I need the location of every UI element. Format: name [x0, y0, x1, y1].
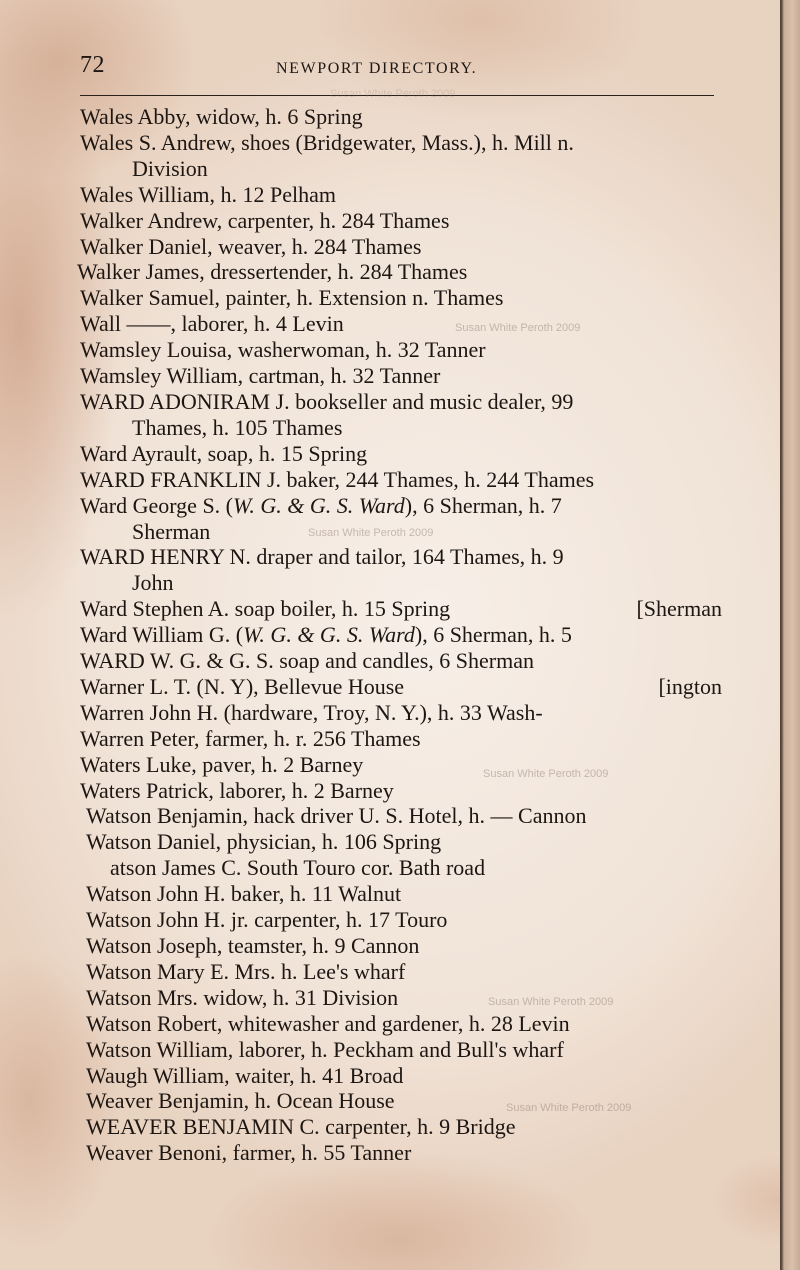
- entry-continuation: Division: [80, 156, 725, 182]
- directory-entry: WARD HENRY N. draper and tailor, 164 Tha…: [80, 544, 725, 596]
- directory-entry: WARD W. G. & G. S. soap and candles, 6 S…: [80, 648, 725, 674]
- entry-continuation: Sherman: [80, 519, 725, 545]
- firm-name: W. G. & G. S. Ward: [243, 622, 415, 647]
- running-title: NEWPORT DIRECTORY.: [276, 60, 477, 78]
- directory-entry: Watson Joseph, teamster, h. 9 Cannon: [80, 933, 725, 959]
- directory-entry: Wales Abby, widow, h. 6 Spring: [80, 104, 725, 130]
- directory-entry: Warren John H. (hardware, Troy, N. Y.), …: [80, 700, 725, 726]
- directory-entry: Watson William, laborer, h. Peckham and …: [80, 1037, 725, 1063]
- directory-entry: Waugh William, waiter, h. 41 Broad: [80, 1063, 725, 1089]
- directory-entry: Watson Daniel, physician, h. 106 Spring: [80, 829, 725, 855]
- book-spine-edge: [780, 0, 800, 1270]
- entry-continuation: John: [80, 570, 725, 596]
- directory-entry: Ward Ayrault, soap, h. 15 Spring: [80, 441, 725, 467]
- directory-entry: Ward William G. (W. G. & G. S. Ward), 6 …: [80, 622, 725, 648]
- page-number: 72: [80, 52, 105, 79]
- directory-entry: Watson Mrs. widow, h. 31 Division: [80, 985, 725, 1011]
- directory-entries: Wales Abby, widow, h. 6 Spring Wales S. …: [80, 104, 725, 1166]
- directory-entry: Watson Mary E. Mrs. h. Lee's wharf: [80, 959, 725, 985]
- directory-entry: Walker Samuel, painter, h. Extension n. …: [80, 285, 725, 311]
- watermark: Susan White Peroth 2009: [330, 88, 455, 100]
- directory-entry: Warner L. T. (N. Y), Bellevue House[ingt…: [80, 674, 725, 700]
- directory-entry: Weaver Benoni, farmer, h. 55 Tanner: [80, 1140, 725, 1166]
- directory-entry: Watson John H. baker, h. 11 Walnut: [80, 881, 725, 907]
- overflow-word: [Sherman: [636, 596, 722, 622]
- directory-entry: Wales S. Andrew, shoes (Bridgewater, Mas…: [80, 130, 725, 182]
- page-header: 72 NEWPORT DIRECTORY.: [80, 52, 715, 82]
- directory-entry: Waters Patrick, laborer, h. 2 Barney: [80, 778, 725, 804]
- directory-entry: Ward Stephen A. soap boiler, h. 15 Sprin…: [80, 596, 725, 622]
- directory-entry: WARD FRANKLIN J. baker, 244 Thames, h. 2…: [80, 467, 725, 493]
- directory-entry: Walker James, dressertender, h. 284 Tham…: [77, 259, 725, 285]
- firm-name: W. G. & G. S. Ward: [233, 493, 405, 518]
- directory-entry: Walker Daniel, weaver, h. 284 Thames: [80, 234, 725, 260]
- entry-continuation: Thames, h. 105 Thames: [80, 415, 725, 441]
- directory-entry: Warren Peter, farmer, h. r. 256 Thames: [80, 726, 725, 752]
- directory-entry: WEAVER BENJAMIN C. carpenter, h. 9 Bridg…: [80, 1114, 725, 1140]
- directory-entry: Ward George S. (W. G. & G. S. Ward), 6 S…: [80, 493, 725, 545]
- directory-entry: Wamsley Louisa, washerwoman, h. 32 Tanne…: [80, 337, 725, 363]
- directory-entry: Watson Robert, whitewasher and gardener,…: [80, 1011, 725, 1037]
- overflow-word: [ington: [658, 674, 722, 700]
- directory-entry: Waters Luke, paver, h. 2 Barney: [80, 752, 725, 778]
- directory-entry: Wall ——, laborer, h. 4 Levin: [80, 311, 725, 337]
- directory-entry: Walker Andrew, carpenter, h. 284 Thames: [80, 208, 725, 234]
- directory-entry: Wamsley William, cartman, h. 32 Tanner: [80, 363, 725, 389]
- directory-entry: Watson John H. jr. carpenter, h. 17 Tour…: [80, 907, 725, 933]
- directory-entry: atson James C. South Touro cor. Bath roa…: [80, 855, 725, 881]
- directory-entry: Watson Benjamin, hack driver U. S. Hotel…: [80, 803, 725, 829]
- directory-entry: WARD ADONIRAM J. bookseller and music de…: [80, 389, 725, 441]
- directory-entry: Weaver Benjamin, h. Ocean House: [80, 1088, 725, 1114]
- directory-entry: Wales William, h. 12 Pelham: [80, 182, 725, 208]
